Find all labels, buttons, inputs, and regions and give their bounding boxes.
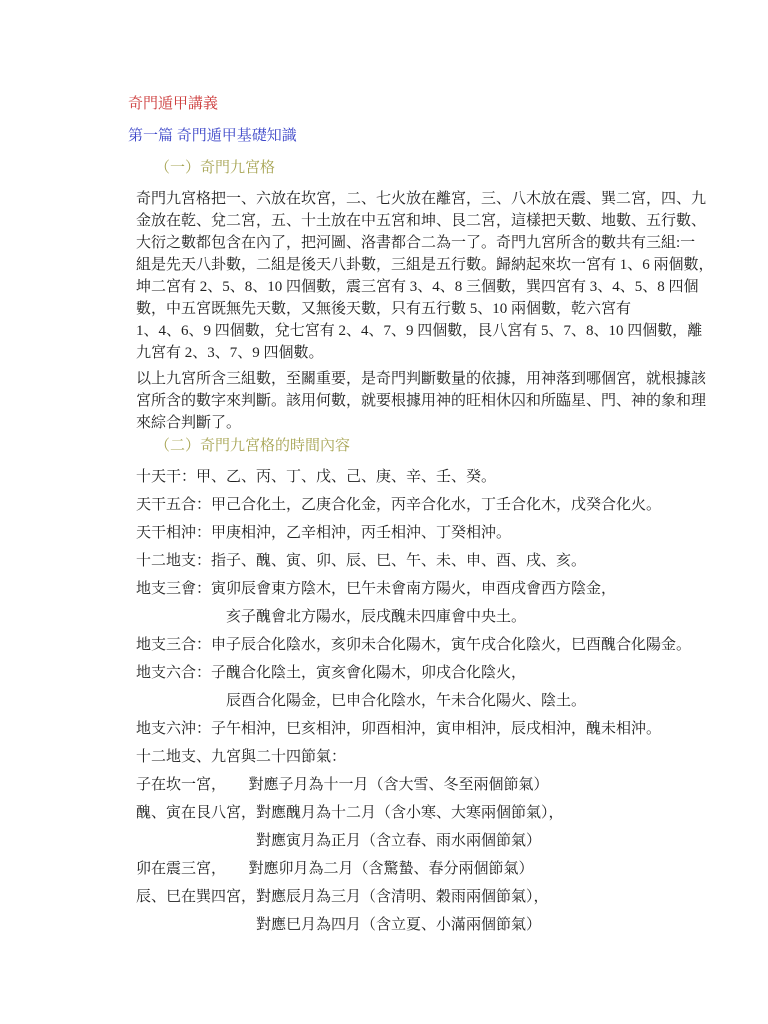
text-line: 1、4、6、9 四個數，兌七宮有 2、4、7、9 四個數，艮八宮有 5、7、8、… xyxy=(136,320,728,342)
text-line: 地支三會：寅卯辰會東方陰木，巳午未會南方陽火，申酉戌會西方陰金， xyxy=(136,578,728,600)
text-line: 大衍之數都包含在內了，把河圖、洛書都合二為一了。奇門九宮所含的數共有三組:一 xyxy=(136,232,728,254)
sections: （一）奇門九宮格奇門九宮格把一、六放在坎宮，二、七火放在離宮，三、八木放在震、巽… xyxy=(128,160,728,936)
text-line: 對應寅月為正月（含立春、雨水兩個節氣） xyxy=(136,830,728,852)
text-line: 對應巳月為四月（含立夏、小滿兩個節氣） xyxy=(136,914,728,936)
text-line: 宮所含的數字來判斷。該用何數，就要根據用神的旺相休囚和所臨星、門、神的象和理 xyxy=(136,390,728,412)
document-title: 奇門遁甲講義 xyxy=(128,96,728,113)
text-line: 金放在乾、兌二宮，五、十土放在中五宮和坤、艮二宮，這樣把天數、地數、五行數、 xyxy=(136,210,728,232)
text-line: 以上九宮所含三組數，至關重要，是奇門判斷數量的依據，用神落到哪個宮，就根據該 xyxy=(136,368,728,390)
text-line: 坤二宮有 2、5、8、10 四個數，震三宮有 3、4、8 三個數，巽四宮有 3、… xyxy=(136,276,728,298)
text-line: 十二地支：指子、醜、寅、卯、辰、巳、午、未、申、酉、戌、亥。 xyxy=(136,550,728,572)
text-line: 地支六合：子醜合化陰土，寅亥會化陽木，卯戌合化陰火， xyxy=(136,662,728,684)
text-line: 來綜合判斷了。 xyxy=(136,412,728,434)
chapter-heading: 第一篇 奇門遁甲基礎知識 xyxy=(128,128,728,145)
text-line: 奇門九宮格把一、六放在坎宮，二、七火放在離宮，三、八木放在震、巽二宮，四、九 xyxy=(136,188,728,210)
text-line: 九宮有 2、3、7、9 四個數。 xyxy=(136,342,728,364)
text-line: 天干相沖：甲庚相沖，乙辛相沖，丙壬相沖、丁癸相沖。 xyxy=(136,522,728,544)
text-line: 卯在震三宮， 對應卯月為二月（含驚蟄、春分兩個節氣） xyxy=(136,858,728,880)
text-line: 十天干：甲、乙、丙、丁、戊、己、庚、辛、壬、癸。 xyxy=(136,466,728,488)
text-line: 醜、寅在艮八宮，對應醜月為十二月（含小寒、大寒兩個節氣）， xyxy=(136,802,728,824)
text-line: 組是先天八卦數，二組是後天八卦數，三組是五行數。歸納起來坎一宮有 1、6 兩個數… xyxy=(136,254,728,276)
text-line: 亥子醜會北方陽水，辰戌醜未四庫會中央土。 xyxy=(136,606,728,628)
text-line: 辰酉合化陽金，巳申合化陰水，午未合化陽火、陰土。 xyxy=(136,690,728,712)
body-paragraph: 奇門九宮格把一、六放在坎宮，二、七火放在離宮，三、八木放在震、巽二宮，四、九金放… xyxy=(136,188,728,364)
text-line: 地支三合：申子辰合化陰水，亥卯未合化陽木，寅午戌合化陰火，巳酉醜合化陽金。 xyxy=(136,634,728,656)
body-paragraph: 以上九宮所含三組數，至關重要，是奇門判斷數量的依據，用神落到哪個宮，就根據該宮所… xyxy=(136,368,728,434)
section-heading: （二）奇門九宮格的時間內容 xyxy=(155,438,728,455)
text-line: 地支六沖：子午相沖，巳亥相沖，卯酉相沖，寅申相沖，辰戌相沖，醜未相沖。 xyxy=(136,718,728,740)
document-page: 奇門遁甲講義 第一篇 奇門遁甲基礎知識 （一）奇門九宮格奇門九宮格把一、六放在坎… xyxy=(0,0,768,1024)
section-heading: （一）奇門九宮格 xyxy=(155,160,728,177)
text-line: 子在坎一宮， 對應子月為十一月（含大雪、冬至兩個節氣） xyxy=(136,774,728,796)
text-line: 辰、巳在巽四宮，對應辰月為三月（含清明、穀雨兩個節氣）， xyxy=(136,886,728,908)
document-content: 奇門遁甲講義 第一篇 奇門遁甲基礎知識 （一）奇門九宮格奇門九宮格把一、六放在坎… xyxy=(128,96,728,942)
text-line: 十二地支、九宮與二十四節氣： xyxy=(136,746,728,768)
text-line: 天干五合：甲己合化土，乙庚合化金，丙辛合化水，丁壬合化木，戊癸合化火。 xyxy=(136,494,728,516)
text-line: 數，中五宮既無先天數，又無後天數，只有五行數 5、10 兩個數，乾六宮有 xyxy=(136,298,728,320)
